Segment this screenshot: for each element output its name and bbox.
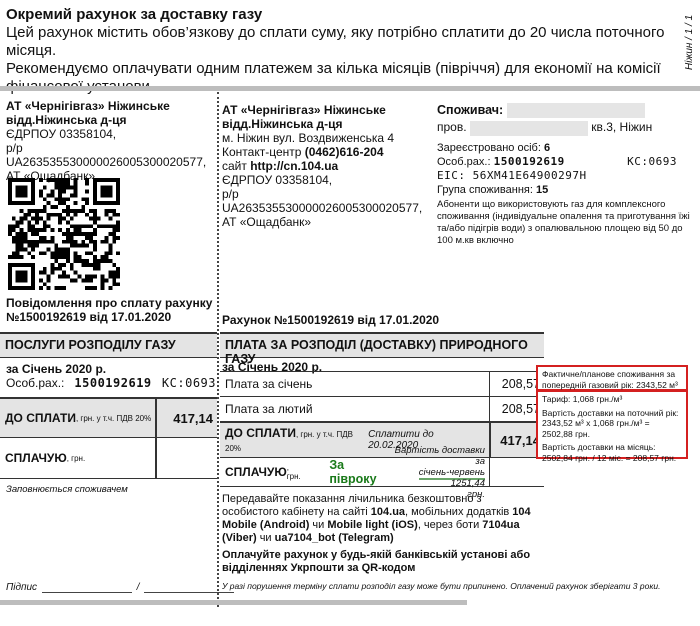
filled-by-consumer-note: Заповнюється споживачем <box>6 484 128 495</box>
invoice-due-row: ДО СПЛАТИ, грн. у т.ч. ПДВ 20%Сплатити д… <box>220 421 544 457</box>
signature-field[interactable] <box>42 592 132 593</box>
half-year-note: Вартість доставки засічень-червень 1251,… <box>392 445 485 500</box>
invoice-pay-amount-field[interactable] <box>489 458 544 486</box>
payment-info: Оплачуйте рахунок у будь-якій банківські… <box>222 549 532 575</box>
stub-supplier: АТ «Чернігівгаз» Ніжинське відд.Ніжинськ… <box>6 99 216 183</box>
consumption-annotation: Фактичне/планове споживання за попередні… <box>536 365 688 391</box>
side-label: Ніжин / 1 / 1 <box>684 4 698 74</box>
meter-reading-info: Передавайте показання лічильника безкошт… <box>222 493 532 545</box>
invoice-section-header: ПЛАТА ЗА РОЗПОДІЛ (ДОСТАВКУ) ПРИРОДНОГО … <box>220 332 544 358</box>
qr-code <box>8 178 120 290</box>
redacted-name <box>507 103 645 118</box>
warning-note: У разі порушення терміну сплати розподіл… <box>222 581 692 591</box>
half-year-label: За півроку <box>329 458 388 486</box>
page-title: Окремий рахунок за доставку газу <box>6 6 666 24</box>
invoice-supplier: АТ «Чернігівгаз» Ніжинське відд.Ніжинськ… <box>222 103 437 229</box>
stub-due-amount: 417,14 <box>155 399 217 437</box>
cut-line <box>217 92 219 607</box>
page-header: Окремий рахунок за доставку газу Цей рах… <box>6 6 666 96</box>
stub-section-header: ПОСЛУГИ РОЗПОДІЛУ ГАЗУ <box>0 332 217 358</box>
redacted-street <box>470 121 588 136</box>
contact-phone: (0462)616-204 <box>305 145 384 159</box>
tariff-annotation: Тариф: 1,068 грн./м³ Вартість доставки н… <box>536 390 688 459</box>
bottom-divider <box>0 600 467 605</box>
stub-notice-title: Повідомлення про сплату рахунку №1500192… <box>6 296 216 324</box>
stub-period: за Січень 2020 р. Особ.рах.: 1500192619К… <box>6 362 216 390</box>
stub-pay-amount-field[interactable] <box>155 438 217 478</box>
invoice-row: Плата за січень 208,57 <box>220 371 544 396</box>
site-link[interactable]: http://cn.104.ua <box>250 159 338 173</box>
invoice-row: Плата за лютий 208,57 <box>220 396 544 421</box>
signature-name-field[interactable] <box>144 592 234 593</box>
stub-pay-row: СПЛАЧУЮ, грн. <box>0 437 217 479</box>
stub-due-row: ДО СПЛАТИ, грн. у т.ч. ПДВ 20% 417,14 <box>0 397 217 437</box>
invoice-pay-row: СПЛАЧУЮ, грн. За півроку Вартість достав… <box>220 457 544 487</box>
header-text-1: Цей рахунок містить обов’язкову до сплат… <box>6 24 666 60</box>
top-divider <box>0 86 700 91</box>
signature-line: Підпис / <box>6 582 236 593</box>
consumer-info: Споживач: пров. кв.3, Ніжин Зареєстрован… <box>437 103 695 247</box>
consumer-group-description: Абоненти що використовують газ для компл… <box>437 199 695 247</box>
invoice-title: Рахунок №1500192619 від 17.01.2020 <box>222 313 522 327</box>
